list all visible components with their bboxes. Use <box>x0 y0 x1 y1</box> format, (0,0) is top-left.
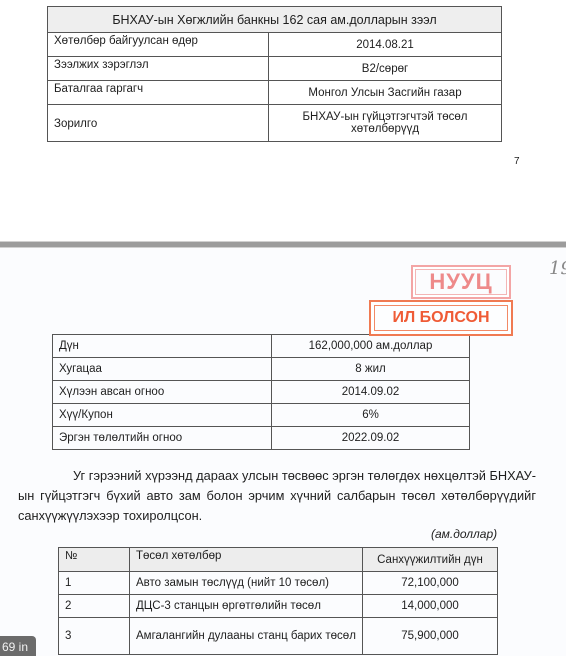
body-paragraph: Уг гэрээний хүрээнд дараах улсын төсвөөс… <box>18 466 536 526</box>
row-project: Авто замын төслүүд (нийт 10 төсөл) <box>130 572 363 595</box>
page-size-badge: 69 in <box>0 636 36 656</box>
loan-summary-table: БНХАУ-ын Хөгжлийн банкны 162 сая ам.долл… <box>47 6 502 142</box>
table-header-row: № Төсөл хөтөлбөр Санхүүжилтийн дүн <box>59 548 498 572</box>
row-value: 8 жил <box>272 358 470 381</box>
row-label: Эргэн төлөлтийн огноо <box>53 427 272 450</box>
table-row: Дүн 162,000,000 ам.доллар <box>53 335 470 358</box>
row-value: 6% <box>272 404 470 427</box>
row-value: Монгол Улсын Засгийн газар <box>269 81 502 105</box>
row-label: Хүү/Купон <box>53 404 272 427</box>
row-amount: 14,000,000 <box>363 595 498 618</box>
table-row: Хүлээн авсан огноо 2014.09.02 <box>53 381 470 404</box>
row-label: Хөтөлбөр байгуулсан өдөр <box>48 33 269 57</box>
disclosed-stamp: ИЛ БОЛСОН <box>369 300 513 336</box>
row-value: B2/сөрөг <box>269 57 502 81</box>
row-number: 1 <box>59 572 130 595</box>
row-label: Хугацаа <box>53 358 272 381</box>
row-amount: 72,100,000 <box>363 572 498 595</box>
row-label: Дүн <box>53 335 272 358</box>
row-number: 3 <box>59 618 130 655</box>
table-row: 3 Амгалангийн дулааны станц барих төсөл … <box>59 618 498 655</box>
table-row: Эргэн төлөлтийн огноо 2022.09.02 <box>53 427 470 450</box>
loan-details-table: Дүн 162,000,000 ам.доллар Хугацаа 8 жил … <box>52 334 470 450</box>
table-row: Хүү/Купон 6% <box>53 404 470 427</box>
handwritten-page-number: 19 <box>549 258 566 279</box>
column-header-number: № <box>59 548 130 572</box>
page-divider <box>0 241 566 248</box>
row-label: Баталгаа гаргагч <box>48 81 269 105</box>
row-value: 2014.09.02 <box>272 381 470 404</box>
row-value: 2022.09.02 <box>272 427 470 450</box>
page-top: БНХАУ-ын Хөгжлийн банкны 162 сая ам.долл… <box>0 0 566 241</box>
row-number: 2 <box>59 595 130 618</box>
row-value: 162,000,000 ам.доллар <box>272 335 470 358</box>
column-header-amount: Санхүүжилтийн дүн <box>363 548 498 572</box>
row-label: Зорилго <box>48 105 269 142</box>
page-number: 7 <box>514 156 520 167</box>
loan-table-title: БНХАУ-ын Хөгжлийн банкны 162 сая ам.долл… <box>48 7 502 33</box>
projects-table: № Төсөл хөтөлбөр Санхүүжилтийн дүн 1 Авт… <box>58 547 498 655</box>
row-project: Амгалангийн дулааны станц барих төсөл <box>130 618 363 655</box>
row-label: Зээлжих зэрэглэл <box>48 57 269 81</box>
table-row: 2 ДЦС-3 станцын өргөтгөлийн төсөл 14,000… <box>59 595 498 618</box>
column-header-project: Төсөл хөтөлбөр <box>130 548 363 572</box>
table-row: Хөтөлбөр байгуулсан өдөр 2014.08.21 <box>48 33 502 57</box>
row-value: 2014.08.21 <box>269 33 502 57</box>
unit-note: (ам.доллар) <box>431 527 497 541</box>
row-label: Хүлээн авсан огноо <box>53 381 272 404</box>
row-amount: 75,900,000 <box>363 618 498 655</box>
table-row: Баталгаа гаргагч Монгол Улсын Засгийн га… <box>48 81 502 105</box>
row-value: БНХАУ-ын гүйцэтгэгчтэй төсөл хөтөлбөрүүд <box>269 105 502 142</box>
table-row: 1 Авто замын төслүүд (нийт 10 төсөл) 72,… <box>59 572 498 595</box>
table-row: Хугацаа 8 жил <box>53 358 470 381</box>
table-row: Зорилго БНХАУ-ын гүйцэтгэгчтэй төсөл хөт… <box>48 105 502 142</box>
secret-stamp: НУУЦ <box>411 265 511 299</box>
row-project: ДЦС-3 станцын өргөтгөлийн төсөл <box>130 595 363 618</box>
table-row: Зээлжих зэрэглэл B2/сөрөг <box>48 57 502 81</box>
